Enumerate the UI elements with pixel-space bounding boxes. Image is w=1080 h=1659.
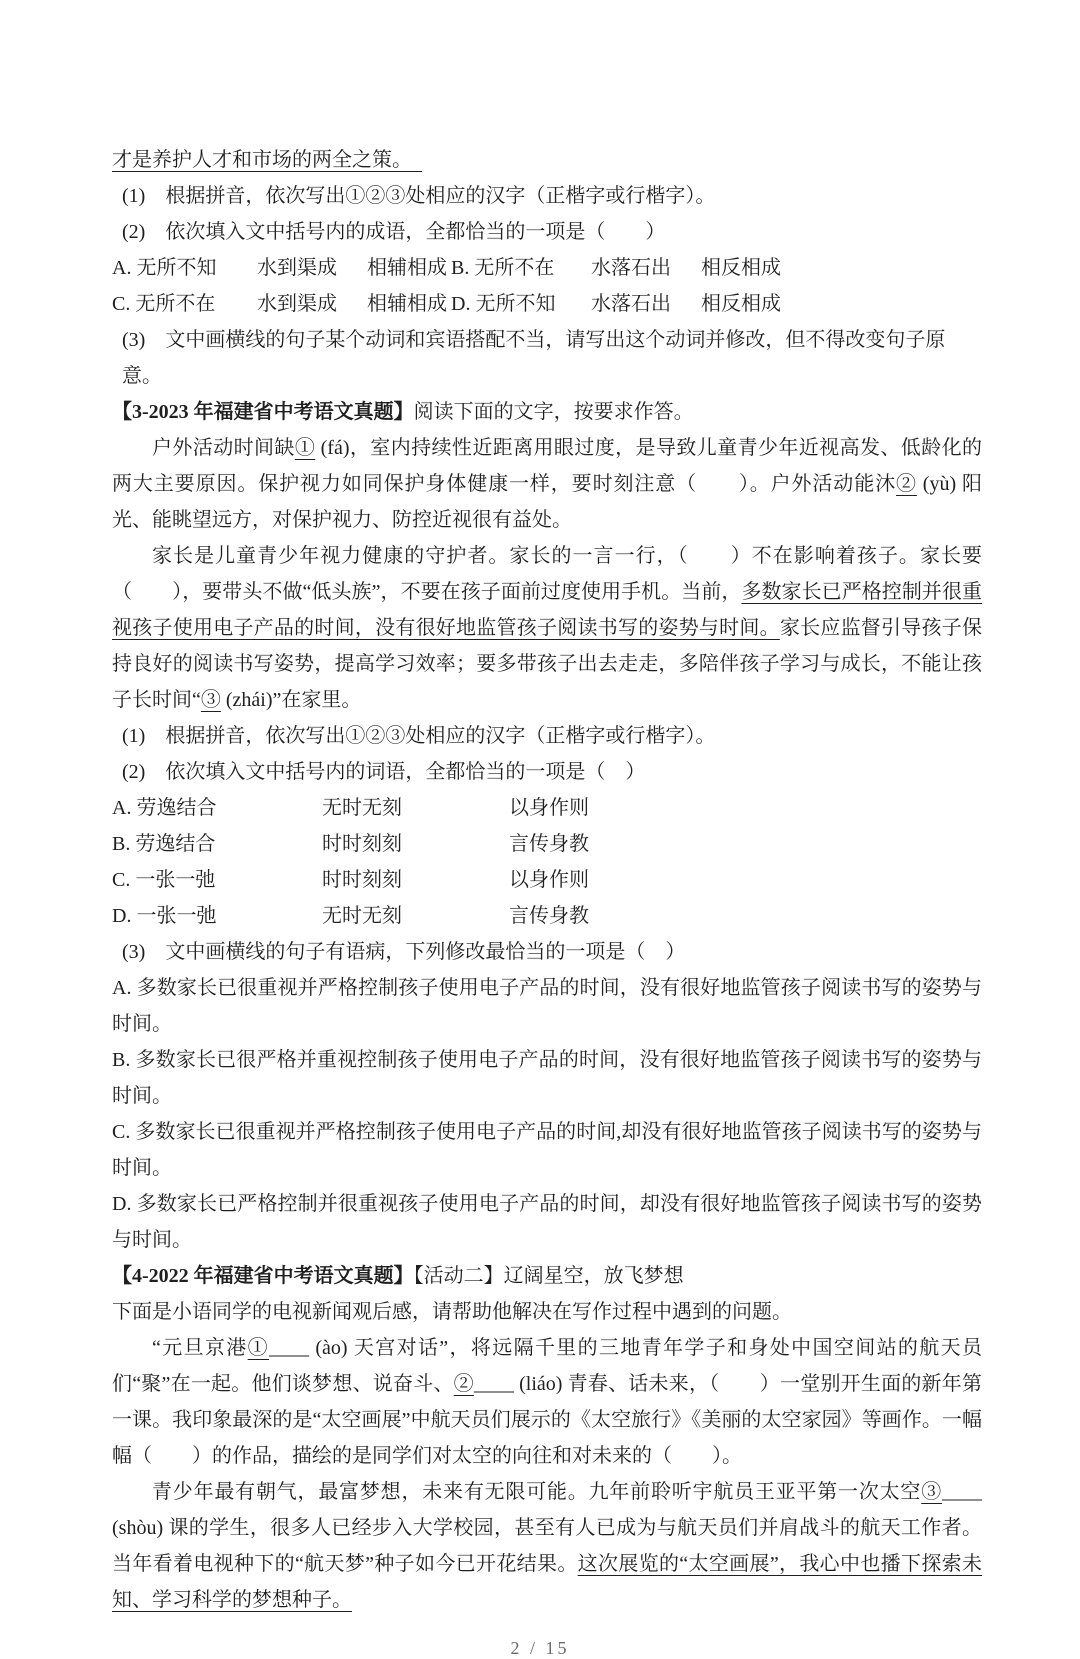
options-row-ab: A. 无所不知水到渠成相辅相成B. 无所不在水落石出相反相成: [112, 250, 982, 286]
section-3-header: 【3-2023 年福建省中考语文真题】阅读下面的文字，按要求作答。: [112, 394, 982, 430]
revision-option-a: A. 多数家长已很重视并严格控制孩子使用电子产品的时间，没有很好地监管孩子阅读书…: [112, 970, 982, 1042]
question-3-sub2: (2) 依次填入文中括号内的词语，全都恰当的一项是（ ）: [112, 754, 982, 790]
option-b-row: B. 劳逸结合时时刻刻言传身教: [112, 826, 982, 862]
option-cell: C. 无所不在: [112, 286, 257, 322]
option-cell: 相反相成: [701, 250, 781, 286]
text-run: (1) 根据拼音，依次写出①②③处相应的汉字（正楷字或行楷字）。: [122, 725, 715, 747]
passage-3-paragraph-2: 家长是儿童青少年视力健康的守护者。家长的一言一行，（ ）不在影响着孩子。家长要（…: [112, 538, 982, 718]
option-cell: B. 无所不在: [451, 250, 591, 286]
option-cell: 以身作则: [509, 862, 589, 898]
text-run: (2) 依次填入文中括号内的词语，全都恰当的一项是（ ）: [122, 761, 645, 783]
underlined-text: ②: [454, 1373, 474, 1395]
revision-option-d: D. 多数家长已严格控制并很重视孩子使用电子产品的时间，却没有很好地监管孩子阅读…: [112, 1186, 982, 1258]
option-cell: 以身作则: [509, 790, 589, 826]
text-run: (3) 文中画横线的句子有语病，下列修改最恰当的一项是（ ）: [122, 941, 685, 963]
option-cell: D. 一张一弛: [112, 898, 322, 934]
option-cell: C. 一张一弛: [112, 862, 322, 898]
option-cell: A. 无所不知: [112, 250, 257, 286]
bold-text: 【3-2023 年福建省中考语文真题】: [112, 401, 414, 423]
question-2-sub1: (1) 根据拼音，依次写出①②③处相应的汉字（正楷字或行楷字）。: [112, 178, 982, 214]
option-a-row: A. 劳逸结合无时无刻以身作则: [112, 790, 982, 826]
option-cell: D. 无所不知: [451, 286, 591, 322]
text-run: 青少年最有朝气，最富梦想，未来有无限可能。九年前聆听宇航员王亚平第一次太空: [152, 1481, 921, 1503]
passage-3-paragraph-1: 户外活动时间缺① (fá)，室内持续性近距离用眼过度，是导致儿童青少年近视高发、…: [112, 430, 982, 538]
passage-4-intro: 下面是小语同学的电视新闻观后感，请帮助他解决在写作过程中遇到的问题。: [112, 1294, 982, 1330]
text-run: A. 多数家长已很重视并严格控制孩子使用电子产品的时间，没有很好地监管孩子阅读书…: [112, 977, 982, 1035]
option-cell: 时时刻刻: [322, 862, 509, 898]
bold-text: 【4-2022 年福建省中考语文真题】: [112, 1265, 414, 1287]
option-d-row: D. 一张一弛无时无刻言传身教: [112, 898, 982, 934]
option-cell: 相辅相成: [367, 250, 451, 286]
section-4-header: 【4-2022 年福建省中考语文真题】【活动二】辽阔星空，放飞梦想: [112, 1258, 982, 1294]
text-run: B. 多数家长已很严格并重视控制孩子使用电子产品的时间，没有很好地监管孩子阅读书…: [112, 1049, 982, 1107]
text-run: D. 多数家长已严格控制并很重视孩子使用电子产品的时间，却没有很好地监管孩子阅读…: [112, 1193, 982, 1251]
underlined-text: [402, 149, 422, 171]
text-run: “元旦京港: [152, 1337, 248, 1359]
page-number: 2 / 15: [0, 1638, 1080, 1659]
option-cell: 时时刻刻: [322, 826, 509, 862]
passage-4-paragraph-1: “元旦京港①____ (ào) 天宫对话”，将远隔千里的三地青年学子和身处中国空…: [112, 1330, 982, 1474]
underlined-text: ③: [201, 689, 221, 711]
option-cell: 水到渠成: [257, 250, 367, 286]
underlined-text: ①: [295, 437, 315, 459]
text-run: 下面是小语同学的电视新闻观后感，请帮助他解决在写作过程中遇到的问题。: [112, 1301, 792, 1323]
question-3-sub3: (3) 文中画横线的句子有语病，下列修改最恰当的一项是（ ）: [112, 934, 982, 970]
question-2-sub3: (3) 文中画横线的句子某个动词和宾语搭配不当，请写出这个动词并修改，但不得改变…: [112, 322, 982, 394]
option-cell: 相反相成: [701, 286, 781, 322]
text-run: (3) 文中画横线的句子某个动词和宾语搭配不当，请写出这个动词并修改，但不得改变…: [122, 329, 945, 387]
option-cell: 无时无刻: [322, 898, 509, 934]
option-cell: 水落石出: [591, 250, 701, 286]
text-run: (1) 根据拼音，依次写出①②③处相应的汉字（正楷字或行楷字）。: [122, 185, 715, 207]
option-cell: 无时无刻: [322, 790, 509, 826]
continued-sentence: 才是养护人才和市场的两全之策。: [112, 142, 982, 178]
passage-4-paragraph-2: 青少年最有朝气，最富梦想，未来有无限可能。九年前聆听宇航员王亚平第一次太空③__…: [112, 1474, 982, 1618]
option-c-row: C. 一张一弛时时刻刻以身作则: [112, 862, 982, 898]
text-run: (2) 依次填入文中括号内的成语，全都恰当的一项是（ ）: [122, 221, 665, 243]
option-cell: 言传身教: [509, 826, 589, 862]
text-run: 户外活动时间缺: [152, 437, 295, 459]
underlined-text: ③: [921, 1481, 942, 1503]
text-run: (zhái)”在家里。: [221, 689, 362, 711]
options-row-cd: C. 无所不在水到渠成相辅相成D. 无所不知水落石出相反相成: [112, 286, 982, 322]
exam-page: 才是养护人才和市场的两全之策。 (1) 根据拼音，依次写出①②③处相应的汉字（正…: [0, 0, 1080, 1659]
question-2-sub2: (2) 依次填入文中括号内的成语，全都恰当的一项是（ ）: [112, 214, 982, 250]
option-cell: 水落石出: [591, 286, 701, 322]
document-content: 才是养护人才和市场的两全之策。 (1) 根据拼音，依次写出①②③处相应的汉字（正…: [0, 0, 1080, 1618]
option-cell: 相辅相成: [367, 286, 451, 322]
revision-option-c: C. 多数家长已很重视并严格控制孩子使用电子产品的时间,却没有很好地监管孩子阅读…: [112, 1114, 982, 1186]
option-cell: A. 劳逸结合: [112, 790, 322, 826]
option-cell: B. 劳逸结合: [112, 826, 322, 862]
option-cell: 水到渠成: [257, 286, 367, 322]
question-3-sub1: (1) 根据拼音，依次写出①②③处相应的汉字（正楷字或行楷字）。: [112, 718, 982, 754]
text-run: 阅读下面的文字，按要求作答。: [414, 401, 694, 423]
option-cell: 言传身教: [509, 898, 589, 934]
text-run: C. 多数家长已很重视并严格控制孩子使用电子产品的时间,却没有很好地监管孩子阅读…: [112, 1121, 982, 1179]
underlined-text: ②: [896, 473, 917, 495]
underlined-text: 才是养护人才和市场的两全之策。: [112, 149, 402, 171]
revision-option-b: B. 多数家长已很严格并重视控制孩子使用电子产品的时间，没有很好地监管孩子阅读书…: [112, 1042, 982, 1114]
underlined-text: ①: [248, 1337, 269, 1359]
text-run: 【活动二】辽阔星空，放飞梦想: [414, 1265, 684, 1287]
